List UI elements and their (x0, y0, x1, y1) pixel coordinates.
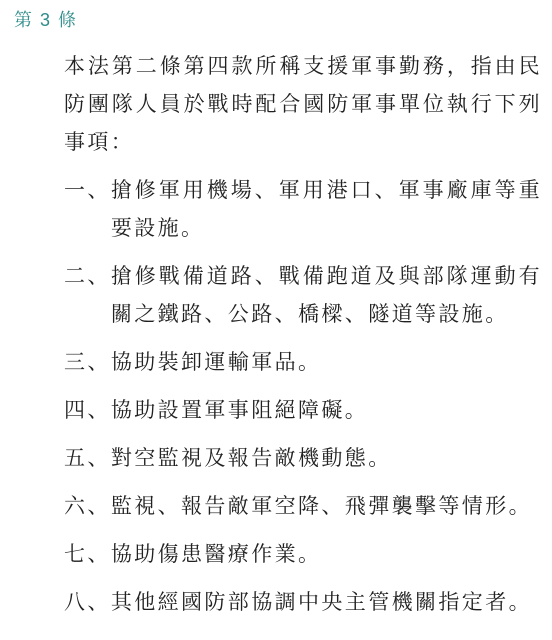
item-text: 監視、報告敵軍空降、飛彈襲擊等情形。 (111, 488, 542, 526)
list-item: 三、 協助裝卸運輸軍品。 (64, 344, 542, 382)
article-content: 本法第二條第四款所稱支援軍事勤務，指由民防團隊人員於戰時配合國防軍事單位執行下列… (64, 48, 542, 622)
item-number: 七、 (64, 536, 111, 574)
article-intro-paragraph: 本法第二條第四款所稱支援軍事勤務，指由民防團隊人員於戰時配合國防軍事單位執行下列… (64, 48, 542, 162)
list-item: 二、 搶修戰備道路、戰備跑道及與部隊運動有關之鐵路、公路、橋樑、隧道等設施。 (64, 258, 542, 334)
item-number: 六、 (64, 488, 111, 526)
item-text: 搶修戰備道路、戰備跑道及與部隊運動有關之鐵路、公路、橋樑、隧道等設施。 (111, 258, 542, 334)
item-text: 協助傷患醫療作業。 (111, 536, 542, 574)
item-number: 八、 (64, 584, 111, 622)
list-item: 七、 協助傷患醫療作業。 (64, 536, 542, 574)
item-number: 五、 (64, 440, 111, 478)
article-number-link[interactable]: 第 3 條 (14, 8, 78, 32)
law-article-page: 第 3 條 本法第二條第四款所稱支援軍事勤務，指由民防團隊人員於戰時配合國防軍事… (0, 0, 552, 640)
item-text: 搶修軍用機場、軍用港口、軍事廠庫等重要設施。 (111, 172, 542, 248)
item-number: 四、 (64, 392, 111, 430)
item-number: 三、 (64, 344, 111, 382)
item-text: 協助裝卸運輸軍品。 (111, 344, 542, 382)
item-number: 一、 (64, 172, 111, 210)
list-item: 五、 對空監視及報告敵機動態。 (64, 440, 542, 478)
list-item: 六、 監視、報告敵軍空降、飛彈襲擊等情形。 (64, 488, 542, 526)
item-text: 協助設置軍事阻絕障礙。 (111, 392, 542, 430)
list-item: 一、 搶修軍用機場、軍用港口、軍事廠庫等重要設施。 (64, 172, 542, 248)
list-item: 八、 其他經國防部協調中央主管機關指定者。 (64, 584, 542, 622)
item-text: 對空監視及報告敵機動態。 (111, 440, 542, 478)
item-text: 其他經國防部協調中央主管機關指定者。 (111, 584, 542, 622)
list-item: 四、 協助設置軍事阻絕障礙。 (64, 392, 542, 430)
item-number: 二、 (64, 258, 111, 296)
